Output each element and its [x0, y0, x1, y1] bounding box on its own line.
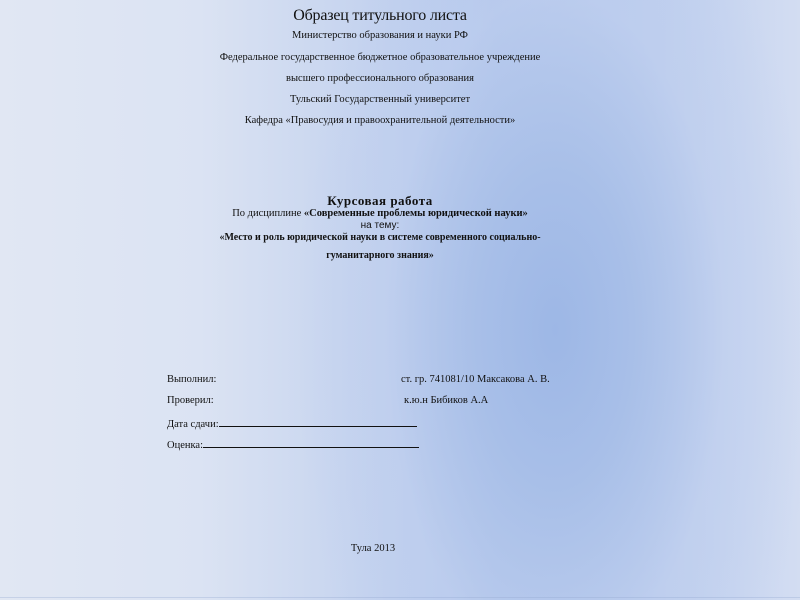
- performed-by-value: ст. гр. 741081/10 Максакова А. В.: [401, 374, 550, 385]
- discipline-prefix: По дисциплине: [232, 208, 304, 219]
- grade-blank-line: [203, 437, 419, 448]
- checked-by-label: Проверил:: [167, 395, 214, 406]
- performed-by-label: Выполнил:: [167, 374, 216, 385]
- grade-row: Оценка:: [167, 437, 419, 451]
- title-page-slide: Образец титульного листа Министерство об…: [0, 0, 800, 600]
- ministry-line: Министерство образования и науки РФ: [0, 30, 760, 41]
- submission-date-blank-line: [219, 416, 417, 427]
- institution-type-line: Федеральное государственное бюджетное об…: [0, 52, 760, 63]
- topic-line-1: «Место и роль юридической науки в систем…: [0, 232, 760, 243]
- discipline-line: По дисциплине «Современные проблемы юрид…: [0, 208, 760, 219]
- university-line: Тульский Государственный университет: [0, 94, 760, 105]
- topic-line-2: гуманитарного знания»: [0, 250, 760, 261]
- slide-title: Образец титульного листа: [0, 7, 760, 25]
- checked-by-row: Проверил: к.ю.н Бибиков А.А: [167, 395, 214, 406]
- work-type-heading: Курсовая работа: [0, 193, 760, 209]
- slide-bottom-edge: [0, 597, 800, 598]
- education-level-line: высшего профессионального образования: [0, 73, 760, 84]
- performed-by-row: Выполнил: ст. гр. 741081/10 Максакова А.…: [167, 374, 216, 385]
- submission-date-label: Дата сдачи:: [167, 419, 219, 430]
- on-topic-label: на тему:: [0, 220, 760, 231]
- discipline-name: «Современные проблемы юридической науки»: [304, 208, 528, 219]
- submission-date-row: Дата сдачи:: [167, 416, 417, 430]
- city-year: Тула 2013: [0, 543, 746, 554]
- checked-by-value: к.ю.н Бибиков А.А: [404, 395, 488, 406]
- grade-label: Оценка:: [167, 440, 203, 451]
- department-line: Кафедра «Правосудия и правоохранительной…: [0, 115, 760, 126]
